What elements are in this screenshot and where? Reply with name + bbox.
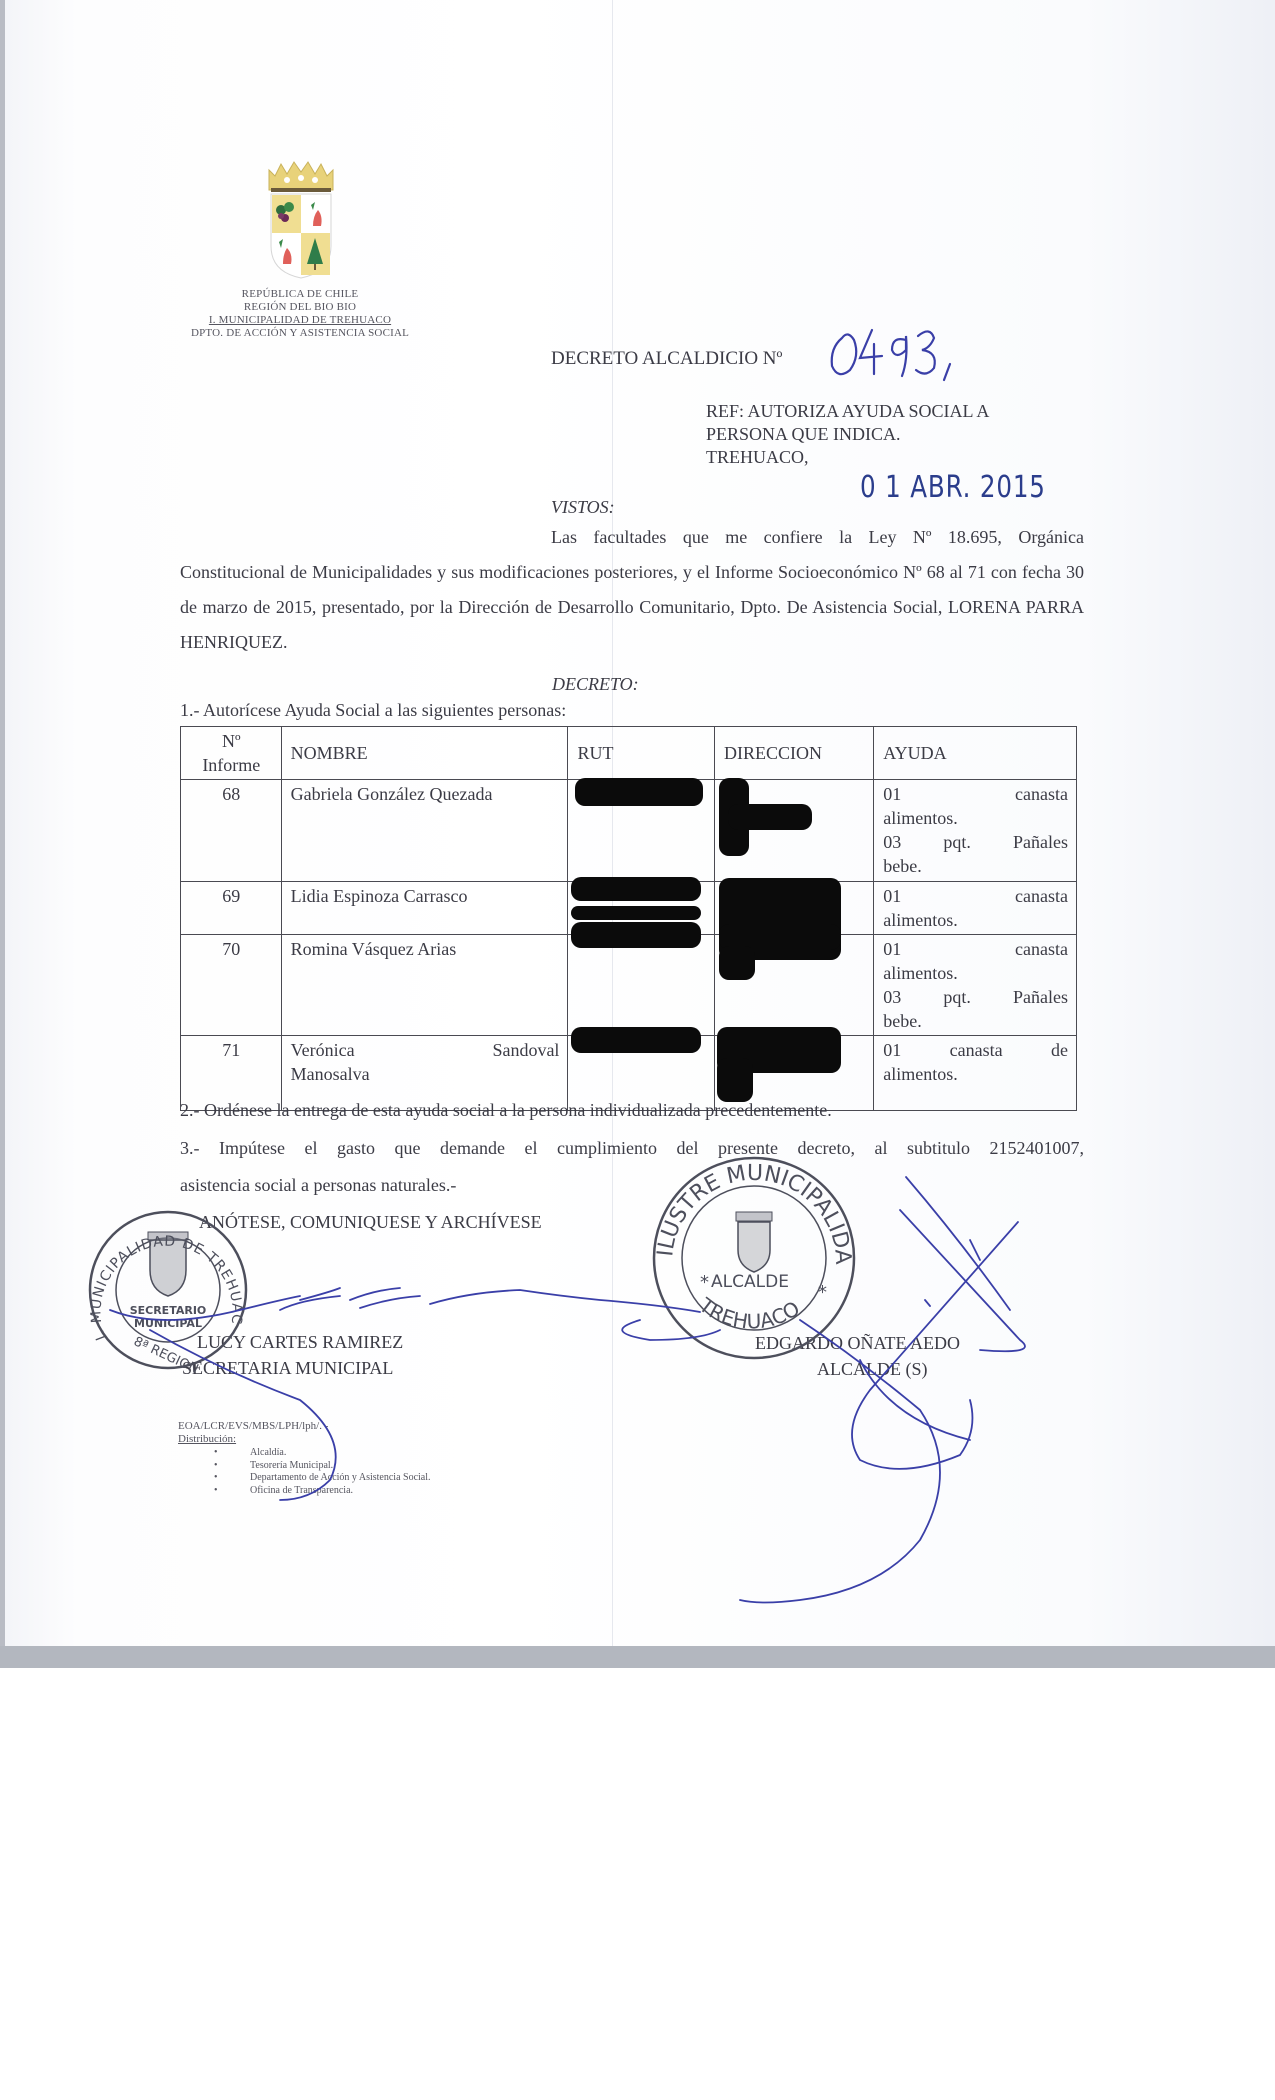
decree-item-1: 1.- Autorícese Ayuda Social a las siguie… [180, 700, 566, 721]
mayor-signature [740, 1177, 1025, 1603]
table-row: 70 Romina Vásquez Arias 01canasta alimen… [181, 935, 1077, 1036]
letterhead-municipality: I. MUNICIPALIDAD DE TREHUACO [180, 314, 420, 327]
cell-informe: 69 [181, 882, 282, 935]
ayuda-word: Pañales [1013, 985, 1068, 1009]
distribution-item: Alcaldía. [210, 1447, 431, 1460]
ayuda-word: alimentos. [883, 961, 1068, 985]
cell-nombre: Lidia Espinoza Carrasco [281, 882, 568, 935]
letterhead-department: DPTO. DE ACCIÓN Y ASISTENCIA SOCIAL [180, 327, 420, 340]
vistos-heading: VISTOS: [551, 497, 615, 518]
cell-nombre: Gabriela González Quezada [281, 780, 568, 882]
secretary-stamp-center-2: MUNICIPAL [134, 1317, 202, 1330]
ayuda-word: Pañales [1013, 830, 1068, 854]
table-header-row: Nº Informe NOMBRE RUT DIRECCION AYUDA [181, 727, 1077, 780]
decree-item-3-line1: 3.- Impútese el gasto que demande el cum… [180, 1138, 1084, 1159]
distribution-item: Departamento de Acción y Asistencia Soci… [210, 1472, 431, 1485]
ayuda-word: 01 [883, 782, 901, 806]
closing-formula: ANÓTESE, COMUNIQUESE Y ARCHÍVESE [199, 1212, 542, 1233]
reference-block: REF: AUTORIZA AYUDA SOCIAL A PERSONA QUE… [706, 400, 989, 469]
header-informe: Nº Informe [181, 727, 282, 780]
municipal-crest-icon [263, 160, 339, 280]
ayuda-word: pqt. [943, 985, 971, 1009]
ayuda-word: alimentos. [883, 908, 1068, 932]
redaction-mark [571, 906, 701, 920]
signatory-right-name: EDGARDO OÑATE AEDO [755, 1333, 960, 1354]
redaction-mark [728, 804, 812, 830]
mayor-stamp-center: ALCALDE [711, 1272, 789, 1292]
cell-ayuda: 01canasta alimentos. 03pqt.Pañales bebe. [874, 780, 1077, 882]
scan-edge [0, 0, 5, 1646]
redaction-mark [571, 1027, 701, 1053]
cell-rut-redacted [568, 935, 715, 1036]
letterhead-region: REGIÓN DEL BIO BIO [180, 301, 420, 314]
cell-ayuda: 01canasta alimentos. [874, 882, 1077, 935]
ayuda-word: alimentos. [883, 1062, 1068, 1086]
ayuda-word: 01 [883, 937, 901, 961]
nombre-word: Sandoval [492, 1038, 559, 1062]
decree-title: DECRETO ALCALDICIO Nº [551, 348, 782, 370]
mayor-stamp-star: * [818, 1282, 827, 1303]
ayuda-word: bebe. [883, 854, 1068, 878]
ayuda-word: 01 [883, 884, 901, 908]
signatory-left-title: SECRETARIA MUNICIPAL [182, 1358, 393, 1379]
ayuda-word: de [1051, 1038, 1068, 1062]
signatory-right-title: ALCALDE (S) [817, 1359, 928, 1380]
scan-margin-bar [0, 1646, 1275, 1668]
distribution-item: Tesorería Municipal. [210, 1460, 431, 1473]
scanned-page: REPÚBLICA DE CHILE REGIÓN DEL BIO BIO I.… [0, 0, 1275, 1646]
nombre-word: Verónica [291, 1038, 355, 1062]
cell-nombre: Romina Vásquez Arias [281, 935, 568, 1036]
mayor-stamp-bottom-text: TREHUACO [694, 1292, 804, 1333]
ayuda-word: canasta [1015, 884, 1068, 908]
ayuda-word: 03 [883, 830, 901, 854]
nombre-word: Manosalva [291, 1062, 560, 1086]
cell-ayuda: 01canasta alimentos. 03pqt.Pañales bebe. [874, 935, 1077, 1036]
ayuda-word: canasta [1015, 782, 1068, 806]
reference-initials: EOA/LCR/EVS/MBS/LPH/lph/. - [178, 1420, 328, 1432]
cell-informe: 70 [181, 935, 282, 1036]
header-nombre: NOMBRE [281, 727, 568, 780]
ref-line-1: REF: AUTORIZA AYUDA SOCIAL A [706, 400, 989, 423]
distribution-item: Oficina de Transparencia. [210, 1485, 431, 1498]
mayor-stamp-star: * [700, 1272, 709, 1293]
secretary-stamp-center-1: SECRETARIO [130, 1304, 207, 1317]
header-rut: RUT [568, 727, 715, 780]
letterhead-country: REPÚBLICA DE CHILE [180, 288, 420, 301]
distribution-list: Alcaldía. Tesorería Municipal. Departame… [210, 1447, 431, 1497]
date-stamp: 0 1 ABR. 2015 [860, 470, 1046, 505]
cell-informe: 68 [181, 780, 282, 882]
header-informe-line2: Informe [190, 753, 273, 777]
redaction-mark [719, 946, 755, 980]
decreto-heading: DECRETO: [552, 674, 639, 695]
redaction-mark [717, 1058, 753, 1102]
letterhead: REPÚBLICA DE CHILE REGIÓN DEL BIO BIO I.… [180, 288, 420, 340]
distribution-label: Distribución: [178, 1433, 236, 1445]
ayuda-word: canasta [1015, 937, 1068, 961]
decree-item-3-line2: asistencia social a personas naturales.- [180, 1175, 1084, 1196]
ayuda-word: 01 [883, 1038, 901, 1062]
ayuda-word: pqt. [943, 830, 971, 854]
redaction-mark [575, 778, 703, 806]
ayuda-word: bebe. [883, 1009, 1068, 1033]
handwritten-decree-number [826, 322, 966, 382]
redaction-mark [571, 922, 701, 948]
header-ayuda: AYUDA [874, 727, 1077, 780]
ayuda-word: canasta [950, 1038, 1003, 1062]
header-direccion: DIRECCION [714, 727, 873, 780]
vistos-paragraph: Las facultades que me confiere la Ley Nº… [180, 520, 1084, 660]
header-informe-line1: Nº [190, 729, 273, 753]
signatory-left-name: LUCY CARTES RAMIREZ [197, 1332, 403, 1353]
ref-line-2: PERSONA QUE INDICA. [706, 423, 989, 446]
redaction-mark [571, 877, 701, 901]
ayuda-word: 03 [883, 985, 901, 1009]
ref-line-3: TREHUACO, [706, 446, 989, 469]
ayuda-word: alimentos. [883, 806, 1068, 830]
decree-item-2: 2.- Ordénese la entrega de esta ayuda so… [180, 1100, 1084, 1121]
